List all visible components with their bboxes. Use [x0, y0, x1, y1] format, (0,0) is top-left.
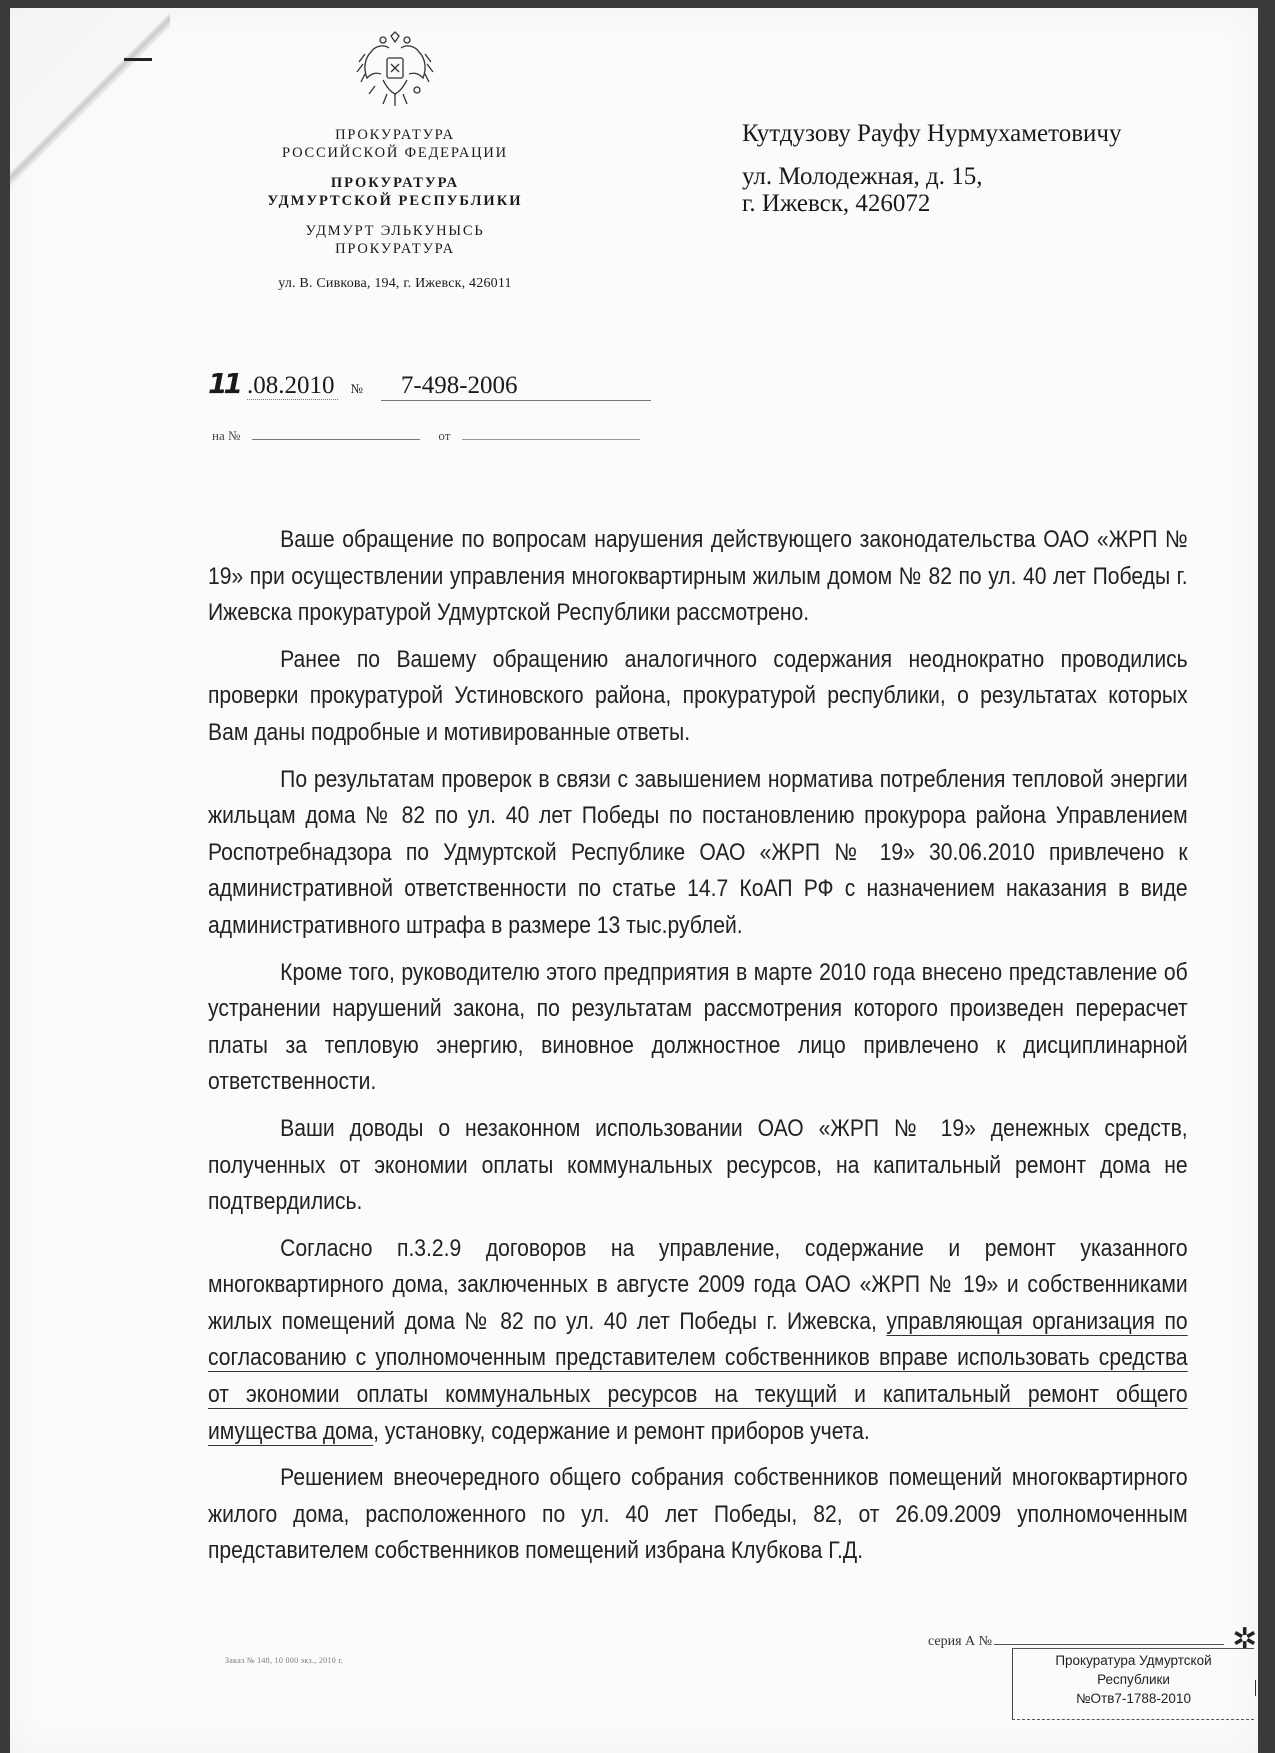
registration-number: 7-498-2006: [381, 372, 651, 401]
paragraph: Решением внеочередного общего собрания с…: [208, 1460, 1188, 1570]
ref-from-label: от: [438, 428, 450, 443]
paragraph: Ранее по Вашему обращению аналогичного с…: [208, 642, 1188, 752]
paragraph: Ваши доводы о незаконном использовании О…: [208, 1111, 1188, 1221]
org-line: УДМУРТСКОЙ РЕСПУБЛИКИ: [230, 192, 560, 210]
ref-number-label: на №: [212, 428, 240, 443]
addressee-street: ул. Молодежная, д. 15,: [742, 163, 1122, 190]
reference-line: на №от: [212, 428, 640, 444]
addressee-city: г. Ижевск, 426072: [742, 190, 1122, 217]
stamp-edge-mark: [1255, 1680, 1256, 1696]
handwritten-day: 11: [208, 367, 239, 400]
ref-date-blank: [462, 429, 640, 440]
paragraph: По результатам проверок в связи с завыше…: [208, 762, 1188, 945]
org-address: ул. В. Сивкова, 194, г. Ижевск, 426011: [230, 276, 560, 292]
stamp-line: Прокуратура Удмуртской: [1013, 1651, 1254, 1670]
org-line: ПРОКУРАТУРА: [230, 126, 560, 144]
print-info: Заказ № 148, 10 000 экз., 2010 г.: [225, 1656, 343, 1665]
paragraph-contract-clause: Согласно п.3.2.9 договоров на управление…: [208, 1231, 1188, 1451]
org-regional: ПРОКУРАТУРА УДМУРТСКОЙ РЕСПУБЛИКИ: [230, 174, 560, 210]
org-line: ПРОКУРАТУРА: [230, 174, 560, 192]
stamp-line: Республики: [1013, 1670, 1254, 1689]
series-blank: [994, 1636, 1224, 1645]
paragraph: Кроме того, руководителю этого предприят…: [208, 955, 1188, 1101]
series-label: серия А №: [928, 1634, 992, 1649]
addressee-name: Кутдузову Рауфу Нурмухаметовичу: [742, 120, 1122, 147]
org-line: ПРОКУРАТУРА: [230, 240, 560, 258]
ref-number-blank: [252, 429, 420, 440]
number-sign: №: [350, 381, 362, 396]
stamp-line: №Отв7-1788-2010: [1013, 1689, 1254, 1708]
clause-text-end: , установку, содержание и ремонт приборо…: [373, 1418, 870, 1445]
org-udmurt: УДМУРТ ЭЛЬКУНЫСЬ ПРОКУРАТУРА: [230, 222, 560, 258]
registration-line: 11.08.2010№7-498-2006: [208, 367, 651, 401]
org-line: УДМУРТ ЭЛЬКУНЫСЬ: [230, 222, 560, 240]
paragraph: Ваше обращение по вопросам нарушения дей…: [208, 522, 1188, 632]
registration-stamp: Прокуратура Удмуртской Республики №Отв7-…: [1012, 1648, 1254, 1720]
margin-dash-mark: [124, 58, 152, 61]
letter-body: Ваше обращение по вопросам нарушения дей…: [208, 522, 1188, 1580]
letterhead: ПРОКУРАТУРА РОССИЙСКОЙ ФЕДЕРАЦИИ ПРОКУРА…: [230, 28, 560, 292]
org-line: РОССИЙСКОЙ ФЕДЕРАЦИИ: [230, 144, 560, 162]
org-federal: ПРОКУРАТУРА РОССИЙСКОЙ ФЕДЕРАЦИИ: [230, 126, 560, 162]
registration-date: .08.2010: [247, 372, 339, 400]
russian-coat-of-arms-icon: [353, 28, 437, 110]
addressee-block: Кутдузову Рауфу Нурмухаметовичу ул. Моло…: [742, 120, 1122, 217]
